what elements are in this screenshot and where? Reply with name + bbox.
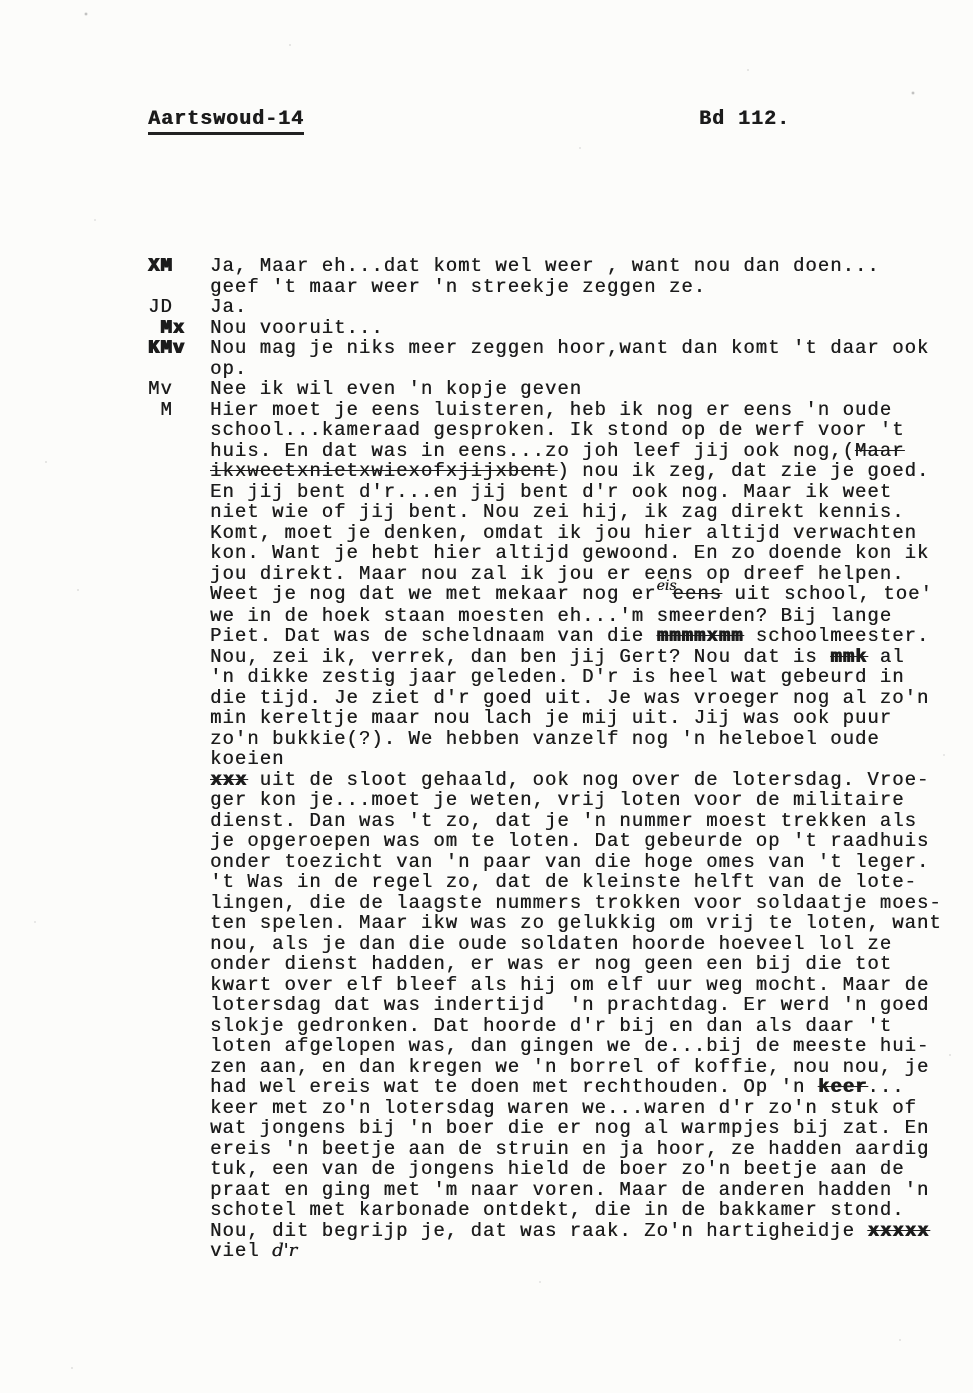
speaker-label: M: [148, 400, 210, 421]
speaker-label: KMv: [148, 338, 210, 359]
speaker-label: XM: [148, 256, 210, 277]
transcript-row: KMv Nou mag je niks meer zeggen hoor,wan…: [148, 338, 948, 379]
speech-text: Nee ik wil even 'n kopje geven: [210, 379, 948, 400]
scanned-page: Aartswoud-14 Bd 112. XM Ja, Maar eh...da…: [0, 0, 973, 1393]
transcript-row: Mv Nee ik wil even 'n kopje geven: [148, 379, 948, 400]
transcript-row: M Hier moet je eens luisteren, heb ik no…: [148, 400, 948, 1262]
speaker-label: JD: [148, 297, 210, 318]
speech-text: Ja, Maar eh...dat komt wel weer , want n…: [210, 256, 948, 297]
speaker-label: Mx: [148, 318, 210, 339]
transcript-row: JD Ja.: [148, 297, 948, 318]
speaker-label: Mv: [148, 379, 210, 400]
speech-text: Nou vooruit...: [210, 318, 948, 339]
speech-text: Nou mag je niks meer zeggen hoor,want da…: [210, 338, 948, 379]
page-header: Aartswoud-14 Bd 112.: [148, 108, 935, 135]
transcript-row: Mx Nou vooruit...: [148, 318, 948, 339]
speech-text: Ja.: [210, 297, 948, 318]
transcript-row: XM Ja, Maar eh...dat komt wel weer , wan…: [148, 256, 948, 297]
document-title: Aartswoud-14: [148, 108, 304, 135]
speech-text: Hier moet je eens luisteren, heb ik nog …: [210, 400, 948, 1262]
volume-reference: Bd 112.: [699, 108, 790, 131]
transcript-body: XM Ja, Maar eh...dat komt wel weer , wan…: [148, 256, 948, 1262]
